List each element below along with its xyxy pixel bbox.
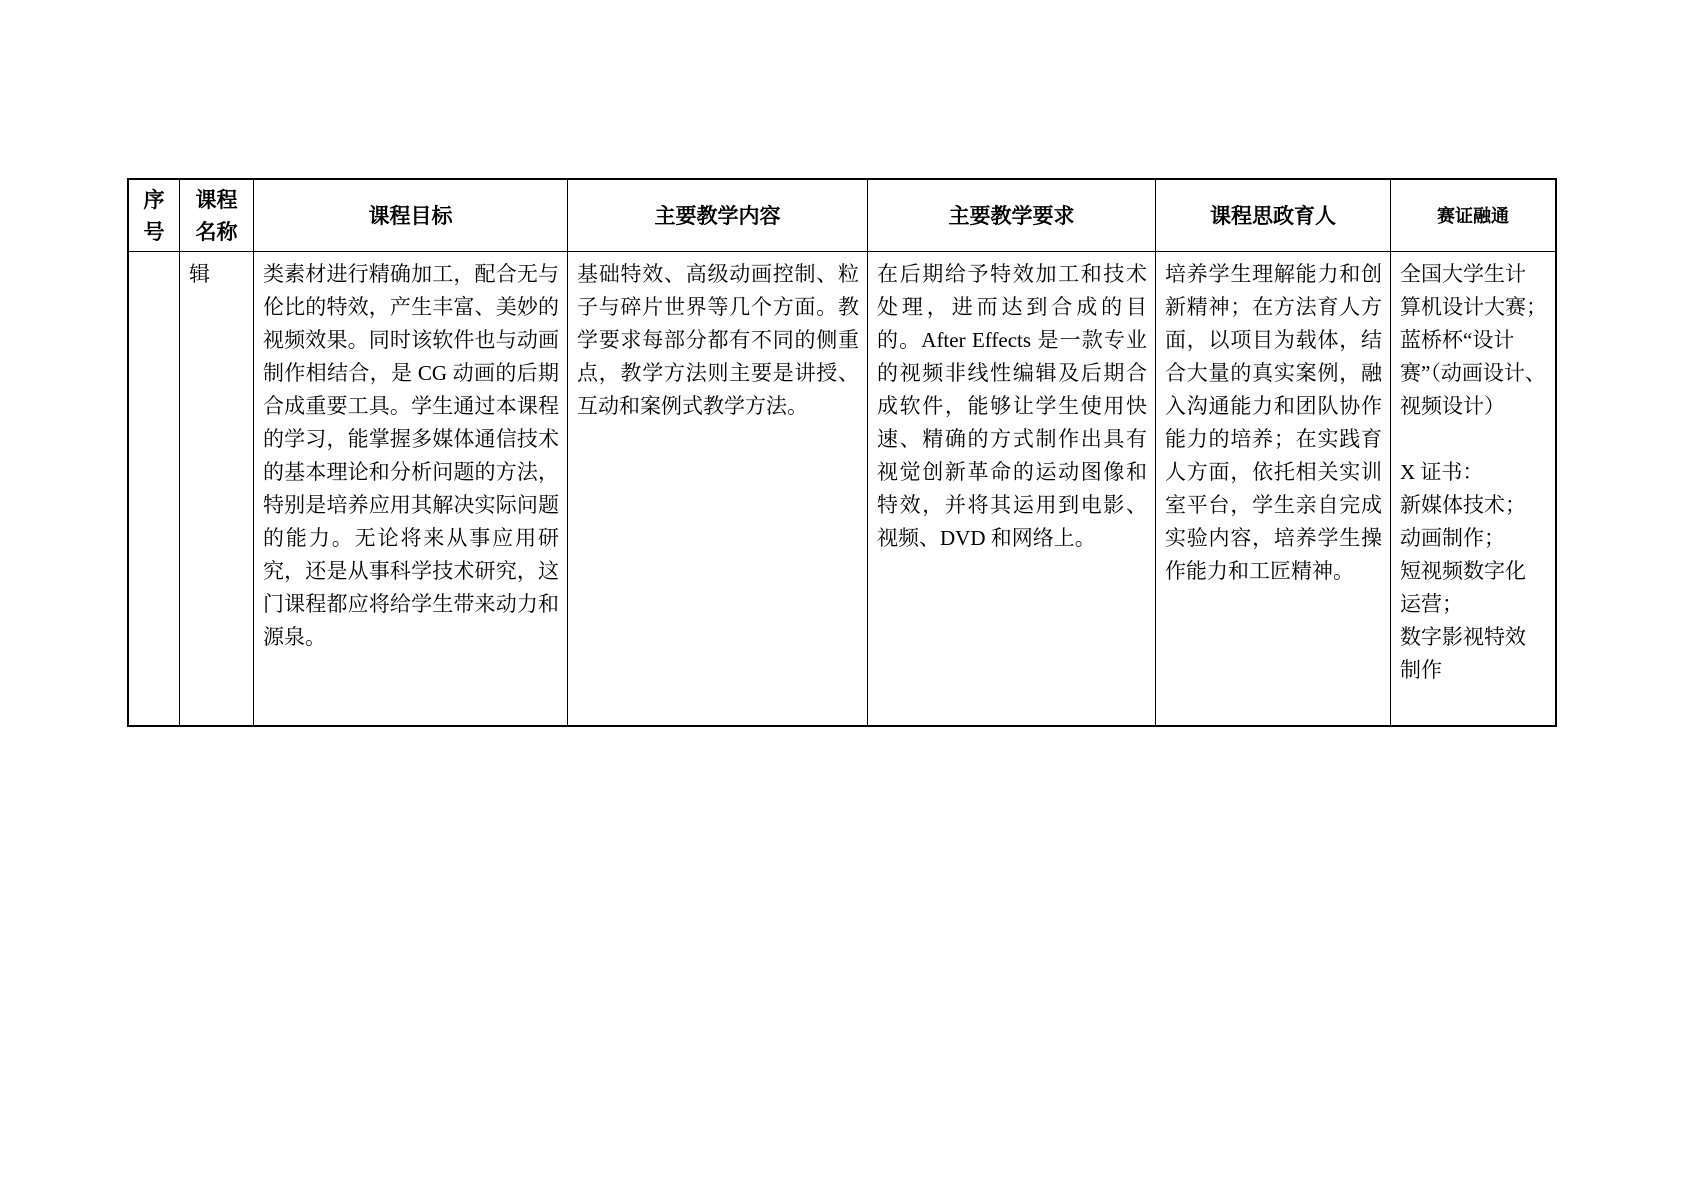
cell-seq-number (129, 252, 180, 725)
header-seq-number: 序 号 (129, 180, 180, 251)
cell-course-name: 辑 (180, 252, 254, 725)
table-header-row: 序 号 课程 名称 课程目标 主要教学内容 主要教学要求 课程思政育人 赛证融通 (129, 180, 1555, 252)
header-teaching-requirements: 主要教学要求 (868, 180, 1156, 251)
header-competition-certificate: 赛证融通 (1391, 180, 1555, 251)
table-row: 辑 类素材进行精确加工，配合无与伦比的特效，产生丰富、美妙的视频效果。同时该软件… (129, 252, 1555, 725)
cell-teaching-requirements: 在后期给予特效加工和技术处理，进而达到合成的目的。After Effects 是… (868, 252, 1156, 725)
course-syllabus-table: 序 号 课程 名称 课程目标 主要教学内容 主要教学要求 课程思政育人 赛证融通… (127, 178, 1557, 727)
header-ideology-education: 课程思政育人 (1156, 180, 1391, 251)
cell-ideology-education: 培养学生理解能力和创新精神；在方法育人方面，以项目为载体，结合大量的真实案例，融… (1156, 252, 1391, 725)
header-teaching-content: 主要教学内容 (568, 180, 868, 251)
header-course-objectives: 课程目标 (254, 180, 568, 251)
cell-course-objectives: 类素材进行精确加工，配合无与伦比的特效，产生丰富、美妙的视频效果。同时该软件也与… (254, 252, 568, 725)
document-page: 序 号 课程 名称 课程目标 主要教学内容 主要教学要求 课程思政育人 赛证融通… (0, 0, 1684, 1191)
cell-competition-certificate: 全国大学生计 算机设计大赛； 蓝桥杯“设计 赛”（动画设计、 视频设计） X 证… (1391, 252, 1555, 725)
cell-teaching-content: 基础特效、高级动画控制、粒子与碎片世界等几个方面。教学要求每部分都有不同的侧重点… (568, 252, 868, 725)
header-course-name: 课程 名称 (180, 180, 254, 251)
